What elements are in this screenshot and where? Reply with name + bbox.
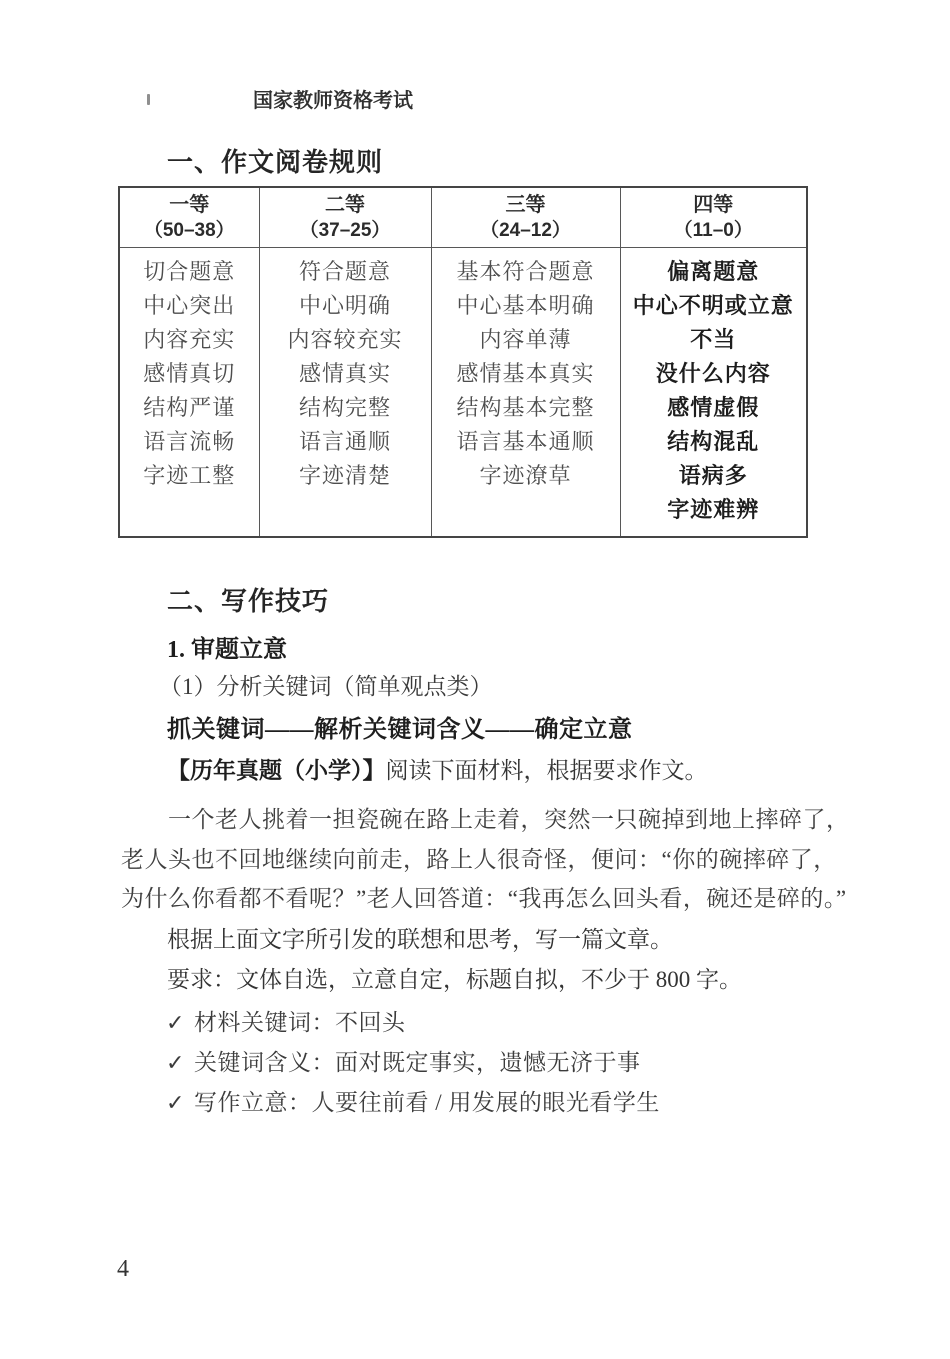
criterion-item: 结构严谨 [121, 391, 258, 425]
material-paragraph-line: 一个老人挑着一担瓷碗在路上走着，突然一只碗掉到地上摔碎了， [121, 801, 850, 834]
grade3-criteria-cell: 基本符合题意 中心基本明确 内容单薄 感情基本真实 结构基本完整 语言基本通顺 … [431, 248, 620, 538]
grade1-criteria-cell: 切合题意 中心突出 内容充实 感情真切 结构严谨 语言流畅 字迹工整 [119, 248, 259, 538]
criterion-item: 中心突出 [121, 289, 258, 323]
subsection-title: 1. 审题立意 [167, 629, 287, 664]
grade-range: （11–0） [621, 218, 807, 244]
criterion-item: 感情真实 [261, 357, 430, 391]
analysis-text: 材料关键词：不回头 [194, 1010, 406, 1035]
table-body-row: 切合题意 中心突出 内容充实 感情真切 结构严谨 语言流畅 字迹工整 符合题意 … [119, 248, 807, 538]
col-header-grade2: 二等 （37–25） [259, 187, 431, 248]
criterion-item: 符合题意 [261, 255, 430, 289]
criterion-item: 不当 [622, 323, 806, 357]
criterion-item: 语言流畅 [121, 425, 258, 459]
check-icon: ✓ [166, 1010, 185, 1036]
criterion-item: 结构基本完整 [433, 391, 619, 425]
criterion-item: 字迹难辨 [622, 493, 806, 527]
check-icon: ✓ [166, 1050, 185, 1076]
material-paragraph-line: 为什么你看都不看呢？”老人回答道：“我再怎么回头看，碗还是碎的。” [121, 880, 847, 913]
col-header-grade3: 三等 （24–12） [431, 187, 620, 248]
criterion-item: 内容充实 [121, 323, 258, 357]
method-formula: 抓关键词——解析关键词含义——确定立意 [167, 709, 633, 744]
grade-label: 二等 [260, 192, 431, 218]
grade4-criteria-cell: 偏离题意 中心不明或立意 不当 没什么内容 感情虚假 结构混乱 语病多 字迹难辨 [620, 248, 807, 538]
scan-artifact [147, 94, 150, 105]
grading-rules-table: 一等 （50–38） 二等 （37–25） 三等 （24–12） 四等 （11–… [118, 186, 808, 538]
page-number: 4 [117, 1256, 129, 1283]
section2-title: 二、写作技巧 [167, 581, 329, 618]
criterion-item: 字迹工整 [121, 459, 258, 493]
running-head: 国家教师资格考试 [253, 84, 413, 113]
grade-label: 三等 [432, 192, 620, 218]
criterion-item: 切合题意 [121, 255, 258, 289]
analysis-line: ✓材料关键词：不回头 [166, 1004, 405, 1037]
criterion-item: 字迹清楚 [261, 459, 430, 493]
task-sentence: 根据上面文字所引发的联想和思考，写一篇文章。 [167, 921, 673, 954]
criterion-item: 结构混乱 [622, 425, 806, 459]
criterion-item: 没什么内容 [622, 357, 806, 391]
col-header-grade4: 四等 （11–0） [620, 187, 807, 248]
document-page: 国家教师资格考试 一、作文阅卷规则 一等 （50–38） 二等 （37–25） … [0, 0, 950, 1359]
criterion-item: 感情真切 [121, 357, 258, 391]
criterion-item: 内容较充实 [261, 323, 430, 357]
criterion-item: 字迹潦草 [433, 459, 619, 493]
criterion-item: 结构完整 [261, 391, 430, 425]
criterion-item: 感情虚假 [622, 391, 806, 425]
criterion-item: 偏离题意 [622, 255, 806, 289]
analysis-text: 关键词含义：面对既定事实，遗憾无济于事 [194, 1050, 641, 1075]
analysis-line: ✓写作立意：人要往前看 / 用发展的眼光看学生 [166, 1084, 660, 1117]
criterion-item: 中心不明或立意 [622, 289, 806, 323]
check-icon: ✓ [166, 1090, 185, 1116]
criterion-item: 中心明确 [261, 289, 430, 323]
criterion-item: 语言基本通顺 [433, 425, 619, 459]
criterion-item: 语言通顺 [261, 425, 430, 459]
exam-label: 【历年真题（小学）】 [167, 758, 386, 783]
exam-question-line: 【历年真题（小学）】阅读下面材料，根据要求作文。 [167, 752, 708, 785]
requirement-sentence: 要求：文体自选，立意自定，标题自拟，不少于 800 字。 [167, 961, 742, 994]
analysis-line: ✓关键词含义：面对既定事实，遗憾无济于事 [166, 1044, 640, 1077]
material-paragraph-line: 老人头也不回地继续向前走，路上人很奇怪，便问：“你的碗摔碎了， [121, 841, 837, 874]
grade-label: 四等 [621, 192, 807, 218]
criterion-item: 基本符合题意 [433, 255, 619, 289]
analysis-text: 写作立意：人要往前看 / 用发展的眼光看学生 [194, 1090, 660, 1115]
table-header-row: 一等 （50–38） 二等 （37–25） 三等 （24–12） 四等 （11–… [119, 187, 807, 248]
section1-title: 一、作文阅卷规则 [167, 142, 383, 179]
criterion-item: 语病多 [622, 459, 806, 493]
criterion-item: 内容单薄 [433, 323, 619, 357]
criterion-item: 感情基本真实 [433, 357, 619, 391]
col-header-grade1: 一等 （50–38） [119, 187, 259, 248]
grade-label: 一等 [120, 192, 259, 218]
grade-range: （24–12） [432, 218, 620, 244]
exam-intro: 阅读下面材料，根据要求作文。 [386, 758, 708, 783]
grade2-criteria-cell: 符合题意 中心明确 内容较充实 感情真实 结构完整 语言通顺 字迹清楚 [259, 248, 431, 538]
grade-range: （37–25） [260, 218, 431, 244]
grade-range: （50–38） [120, 218, 259, 244]
point-title: （1）分析关键词（简单观点类） [159, 668, 493, 701]
criterion-item: 中心基本明确 [433, 289, 619, 323]
